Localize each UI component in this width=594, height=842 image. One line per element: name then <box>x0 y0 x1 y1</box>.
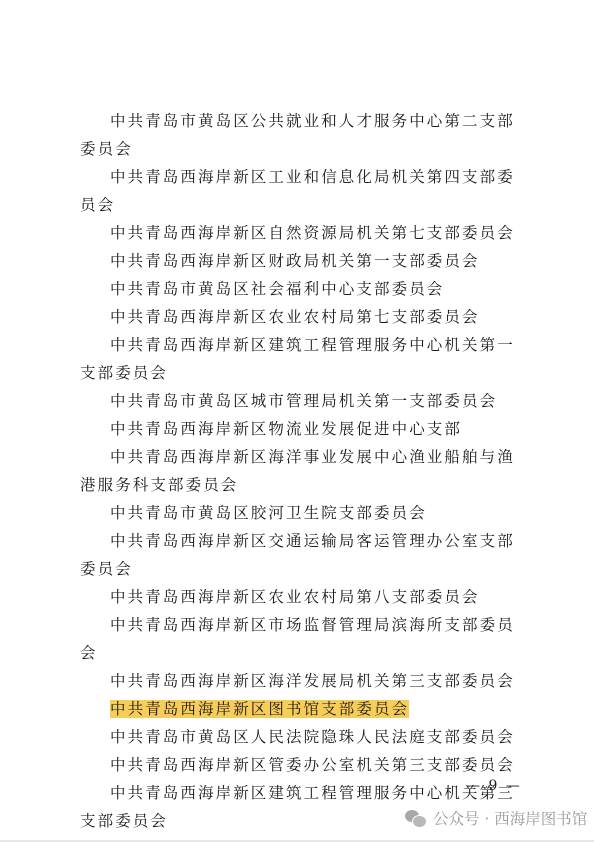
item-text: 中共青岛西海岸新区管委办公室机关第三支部委员会 <box>110 756 515 774</box>
list-item: 中共青岛西海岸新区管委办公室机关第三支部委员会 <box>80 751 522 779</box>
item-text: 中共青岛西海岸新区海洋发展局机关第三支部委员会 <box>110 672 515 690</box>
list-item: 中共青岛西海岸新区海洋事业发展中心渔业船舶与渔港服务科支部委员会 <box>80 443 522 499</box>
list-item: 中共青岛市黄岛区人民法院隐珠人民法庭支部委员会 <box>80 723 522 751</box>
list-item: 中共青岛西海岸新区海洋发展局机关第三支部委员会 <box>80 667 522 695</box>
item-text: 中共青岛西海岸新区海洋事业发展中心渔业船舶与渔港服务科支部委员会 <box>80 448 515 494</box>
item-text: 中共青岛西海岸新区农业农村局第八支部委员会 <box>110 588 480 606</box>
item-text: 中共青岛市黄岛区城市管理局机关第一支部委员会 <box>110 392 497 410</box>
list-item: 中共青岛西海岸新区交通运输局客运管理办公室支部委员会 <box>80 527 522 583</box>
list-item: 中共青岛市黄岛区胶河卫生院支部委员会 <box>80 499 522 527</box>
item-text: 中共青岛西海岸新区农业农村局第七支部委员会 <box>110 308 480 326</box>
item-text: 中共青岛市黄岛区社会福利中心支部委员会 <box>110 280 444 298</box>
list-item: 中共青岛西海岸新区市场监督管理局滨海所支部委员会 <box>80 611 522 667</box>
list-item: 中共青岛市黄岛区社会福利中心支部委员会 <box>80 275 522 303</box>
list-item: 中共青岛西海岸新区财政局机关第一支部委员会 <box>80 247 522 275</box>
item-text: 中共青岛西海岸新区物流业发展促进中心支部 <box>110 420 462 438</box>
list-item: 中共青岛西海岸新区物流业发展促进中心支部 <box>80 415 522 443</box>
list-item: 中共青岛西海岸新区农业农村局第八支部委员会 <box>80 583 522 611</box>
item-text: 中共青岛西海岸新区自然资源局机关第七支部委员会 <box>110 224 515 242</box>
item-text: 中共青岛西海岸新区财政局机关第一支部委员会 <box>110 252 480 270</box>
wechat-icon <box>405 809 427 827</box>
list-item: 中共青岛市黄岛区公共就业和人才服务中心第二支部委员会 <box>80 107 522 163</box>
account-label: 公众号 · 西海岸图书馆 <box>433 807 587 829</box>
item-text: 中共青岛市黄岛区人民法院隐珠人民法庭支部委员会 <box>110 728 515 746</box>
item-text: 中共青岛市黄岛区公共就业和人才服务中心第二支部委员会 <box>80 112 515 158</box>
wechat-account-footer[interactable]: 公众号 · 西海岸图书馆 <box>405 807 587 829</box>
branch-list: 中共青岛市黄岛区公共就业和人才服务中心第二支部委员会 中共青岛西海岸新区工业和信… <box>80 107 522 835</box>
item-text: 中共青岛市黄岛区胶河卫生院支部委员会 <box>110 504 427 522</box>
list-item: 中共青岛西海岸新区农业农村局第七支部委员会 <box>80 303 522 331</box>
item-text: 中共青岛西海岸新区工业和信息化局机关第四支部委员会 <box>80 168 515 214</box>
highlighted-item-text: 中共青岛西海岸新区图书馆支部委员会 <box>110 700 409 718</box>
page-number: — 9 — <box>466 778 522 794</box>
item-text: 中共青岛西海岸新区交通运输局客运管理办公室支部委员会 <box>80 532 515 578</box>
item-text: 中共青岛西海岸新区建筑工程管理服务中心机关第一支部委员会 <box>80 336 515 382</box>
document-page: 中共青岛市黄岛区公共就业和人才服务中心第二支部委员会 中共青岛西海岸新区工业和信… <box>0 0 594 842</box>
list-item: 中共青岛西海岸新区工业和信息化局机关第四支部委员会 <box>80 163 522 219</box>
list-item: 中共青岛西海岸新区建筑工程管理服务中心机关第一支部委员会 <box>80 331 522 387</box>
list-item: 中共青岛西海岸新区自然资源局机关第七支部委员会 <box>80 219 522 247</box>
list-item-highlighted: 中共青岛西海岸新区图书馆支部委员会 <box>80 695 522 723</box>
item-text: 中共青岛西海岸新区市场监督管理局滨海所支部委员会 <box>80 616 515 662</box>
list-item: 中共青岛市黄岛区城市管理局机关第一支部委员会 <box>80 387 522 415</box>
